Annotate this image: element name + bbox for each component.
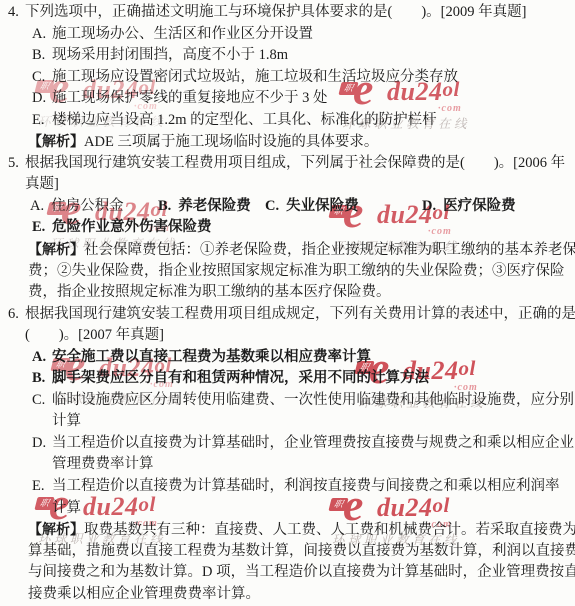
option-letter: E.	[32, 217, 45, 239]
option-text: 计算	[52, 411, 81, 433]
option-continuation: 管理费费率计算	[0, 454, 575, 476]
option-letter: E.	[32, 110, 44, 132]
option-continuation: 计算	[0, 411, 575, 433]
option-continuation: 计算	[0, 498, 575, 520]
option-text: 危险作业意外伤害保险费	[52, 217, 212, 239]
option-text: 楼梯边应当设高 1.2m 的定型化、工具化、标准化的防护栏杆	[52, 110, 437, 132]
question-stem-line: 5.根据我国现行建筑安装工程费用项目组成，下列属于社会保障费的是( )。[200…	[0, 153, 575, 175]
question-stem-line: 6.根据我国现行建筑安装工程费用项目组成规定，下列有关费用计算的表述中，正确的是	[0, 304, 575, 326]
option-line: C.临时设施费应区分周转使用临建费、一次性使用临建费和其他临时设施费，应分别	[0, 390, 575, 412]
option-letter: A.	[32, 24, 46, 46]
option-item: B.养老保险费	[158, 196, 251, 218]
option-row: A.住房公积金B.养老保险费C.失业保险费D.医疗保险费	[0, 196, 575, 218]
option-line: A.安全施工费以直接工程费为基数乘以相应费率计算	[0, 347, 575, 369]
option-text: 安全施工费以直接工程费为基数乘以相应费率计算	[52, 347, 371, 369]
option-text: 施工现场办公、生活区和作业区分开设置	[52, 24, 313, 46]
option-letter: E.	[32, 476, 44, 498]
option-letter: C.	[265, 198, 279, 214]
option-letter: B.	[32, 368, 45, 390]
analysis-text: 取费基数共有三种：直接费、人工费、人工费和机械费合计。若采取直接费为计	[84, 522, 575, 538]
analysis-continuation: 算基础，措施费以直接工程费为基数计算，间接费以直接费为基数计算，利润以直接费	[0, 541, 575, 563]
question-text: 根据我国现行建筑安装工程费用项目组成规定，下列有关费用计算的表述中，正确的是	[25, 304, 575, 326]
option-letter: D.	[32, 88, 46, 110]
option-letter: C.	[32, 390, 45, 412]
option-letter: B.	[158, 198, 171, 214]
question-text: ( )。[2007 年真题]	[25, 325, 164, 347]
option-line: C.施工现场应设置密闭式垃圾站，施工垃圾和生活垃圾应分类存放	[0, 67, 575, 89]
question-text: 真题]	[25, 174, 59, 196]
question-stem-line: 4.下列选项中，正确描述文明施工与环境保护具体要求的是( )。[2009 年真题…	[0, 2, 575, 24]
analysis-text: 费，指企业按照规定标准为职工缴纳的基本医疗保险费。	[28, 284, 391, 300]
question-stem-continuation: 真题]	[0, 174, 575, 196]
option-letter: A.	[30, 198, 44, 214]
question-text: 下列选项中，正确描述文明施工与环境保护具体要求的是( )。[2009 年真题]	[25, 2, 526, 24]
analysis-continuation: 费，指企业按照规定标准为职工缴纳的基本医疗保险费。	[0, 282, 575, 304]
option-text: 现场采用封闭围挡，高度不小于 1.8m	[52, 45, 288, 67]
option-line: E.危险作业意外伤害保险费	[0, 217, 575, 239]
question-stem-continuation: ( )。[2007 年真题]	[0, 325, 575, 347]
option-text: 医疗保险费	[443, 198, 516, 214]
option-text: 住房公积金	[51, 198, 124, 214]
analysis-text: 社会保障费包括：①养老保险费，指企业按规定标准为职工缴纳的基本养老保险	[84, 242, 575, 258]
document-text-layer: 4.下列选项中，正确描述文明施工与环境保护具体要求的是( )。[2009 年真题…	[0, 0, 575, 606]
option-text: 临时设施费应区分周转使用临建费、一次性使用临建费和其他临时设施费，应分别	[52, 390, 574, 412]
question-number: 4.	[8, 2, 19, 24]
analysis-tag: 【解析】	[28, 133, 84, 149]
analysis-line: 【解析】ADE 三项属于施工现场临时设施的具体要求。	[0, 131, 575, 153]
option-letter: A.	[32, 347, 46, 369]
option-text: 施工现场应设置密闭式垃圾站，施工垃圾和生活垃圾应分类存放	[52, 67, 458, 89]
question-number: 5.	[8, 153, 19, 175]
analysis-tag: 【解析】	[28, 241, 84, 257]
analysis-line: 【解析】社会保障费包括：①养老保险费，指企业按规定标准为职工缴纳的基本养老保险	[0, 239, 575, 261]
question-text: 根据我国现行建筑安装工程费用项目组成，下列属于社会保障费的是( )。[2006 …	[25, 153, 565, 175]
option-text: 当工程造价以直接费为计算基础时，企业管理费按直接费与规费之和乘以相应企业	[52, 433, 574, 455]
analysis-text: 算基础，措施费以直接工程费为基数计算，间接费以直接费为基数计算，利润以直接费	[28, 543, 575, 559]
analysis-tag: 【解析】	[28, 521, 84, 537]
option-text: 管理费费率计算	[52, 454, 154, 476]
analysis-text: ADE 三项属于施工现场临时设施的具体要求。	[84, 134, 378, 150]
analysis-continuation: 与间接费之和为基数计算。D 项，当工程造价以直接费为计算基础时，企业管理费按直	[0, 562, 575, 584]
option-text: 施工现场保护零线的重复接地应不少于 3 处	[52, 88, 328, 110]
option-line: D.施工现场保护零线的重复接地应不少于 3 处	[0, 88, 575, 110]
option-item: A.住房公积金	[30, 196, 124, 218]
option-line: B.脚手架费应区分自有和租赁两种情况，采用不同的计算方法	[0, 368, 575, 390]
option-letter: B.	[32, 45, 45, 67]
option-line: A.施工现场办公、生活区和作业区分开设置	[0, 24, 575, 46]
option-text: 当工程造价以直接费为计算基础时，利润按直接费与间接费之和乘以相应利润率	[52, 476, 560, 498]
analysis-text: 费；②失业保险费，指企业按照国家规定标准为职工缴纳的失业保险费；③医疗保险	[28, 263, 565, 279]
option-letter: C.	[32, 67, 45, 89]
analysis-text: 与间接费之和为基数计算。D 项，当工程造价以直接费为计算基础时，企业管理费按直	[28, 564, 575, 580]
option-letter: D.	[422, 198, 436, 214]
option-line: E.楼梯边应当设高 1.2m 的定型化、工具化、标准化的防护栏杆	[0, 110, 575, 132]
analysis-continuation: 接费乘以相应企业管理费费率计算。	[0, 584, 575, 606]
option-line: D.当工程造价以直接费为计算基础时，企业管理费按直接费与规费之和乘以相应企业	[0, 433, 575, 455]
option-line: B.现场采用封闭围挡，高度不小于 1.8m	[0, 45, 575, 67]
scanned-exam-page: 4.下列选项中，正确描述文明施工与环境保护具体要求的是( )。[2009 年真题…	[0, 0, 575, 606]
option-text: 养老保险费	[178, 198, 251, 214]
option-letter: D.	[32, 433, 46, 455]
option-text: 计算	[52, 498, 81, 520]
analysis-text: 接费乘以相应企业管理费费率计算。	[28, 586, 260, 602]
option-text: 失业保险费	[286, 198, 359, 214]
option-item: D.医疗保险费	[422, 196, 516, 218]
analysis-continuation: 费；②失业保险费，指企业按照国家规定标准为职工缴纳的失业保险费；③医疗保险	[0, 261, 575, 283]
analysis-line: 【解析】取费基数共有三种：直接费、人工费、人工费和机械费合计。若采取直接费为计	[0, 519, 575, 541]
question-number: 6.	[8, 304, 19, 326]
option-item: C.失业保险费	[265, 196, 359, 218]
option-line: E.当工程造价以直接费为计算基础时，利润按直接费与间接费之和乘以相应利润率	[0, 476, 575, 498]
option-text: 脚手架费应区分自有和租赁两种情况，采用不同的计算方法	[52, 368, 429, 390]
